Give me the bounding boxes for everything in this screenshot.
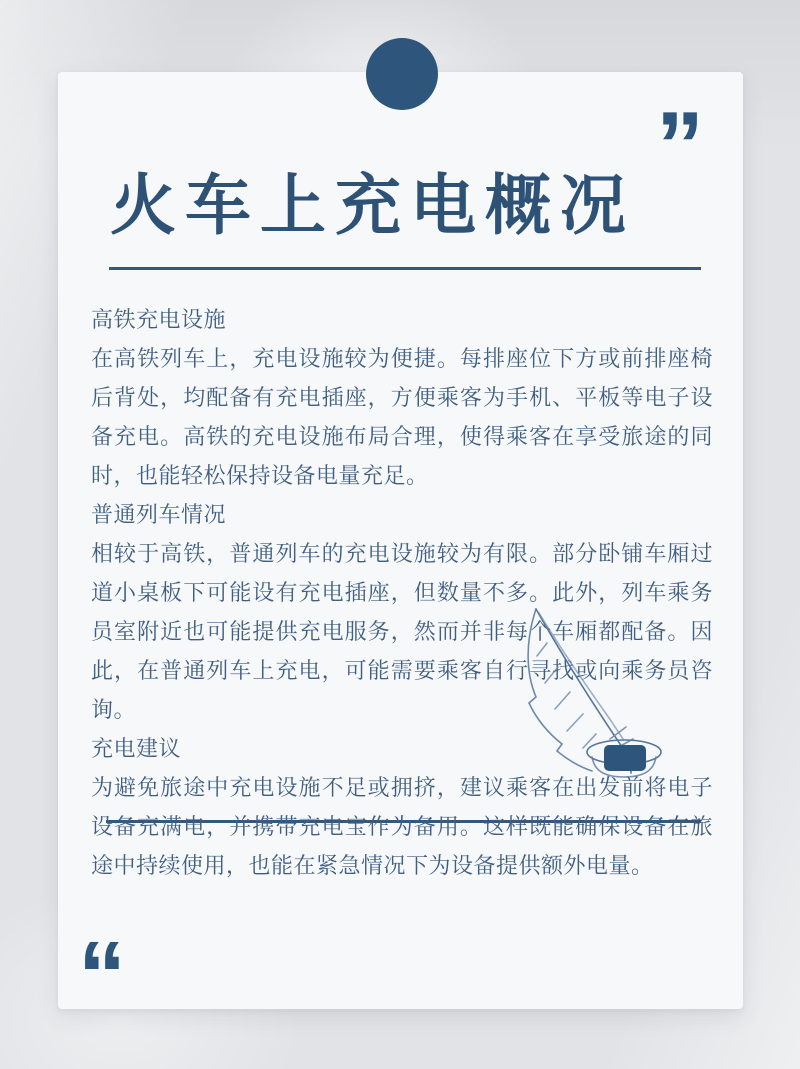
section-charging-advice: 充电建议 为避免旅途中充电设施不足或拥挤，建议乘客在出发前将电子设备充满电，并携… (91, 729, 713, 885)
title-underline (109, 267, 701, 270)
opening-quote-icon: “ (78, 928, 126, 1024)
section-paragraph: 相较于高铁，普通列车的充电设施较为有限。部分卧铺车厢过道小桌板下可能设有充电插座… (91, 534, 713, 729)
section-high-speed-rail: 高铁充电设施 在高铁列车上，充电设施较为便捷。每排座位下方或前排座椅后背处，均配… (91, 300, 713, 495)
note-card: ” 火车上充电概况 高铁充电设施 在高铁列车上，充电设施较为便捷。每排座位下方或… (58, 72, 743, 1009)
article-body: 高铁充电设施 在高铁列车上，充电设施较为便捷。每排座位下方或前排座椅后背处，均配… (91, 300, 713, 885)
pin-dot-icon (366, 38, 438, 110)
section-paragraph: 为避免旅途中充电设施不足或拥挤，建议乘客在出发前将电子设备充满电，并携带充电宝作… (91, 768, 713, 885)
section-heading: 充电建议 (91, 729, 713, 768)
page-title: 火车上充电概况 (110, 174, 635, 240)
section-paragraph: 在高铁列车上，充电设施较为便捷。每排座位下方或前排座椅后背处，均配备有充电插座，… (91, 339, 713, 495)
closing-quote-icon: ” (656, 98, 704, 194)
section-heading: 高铁充电设施 (91, 300, 713, 339)
section-heading: 普通列车情况 (91, 495, 713, 534)
section-regular-train: 普通列车情况 相较于高铁，普通列车的充电设施较为有限。部分卧铺车厢过道小桌板下可… (91, 495, 713, 729)
